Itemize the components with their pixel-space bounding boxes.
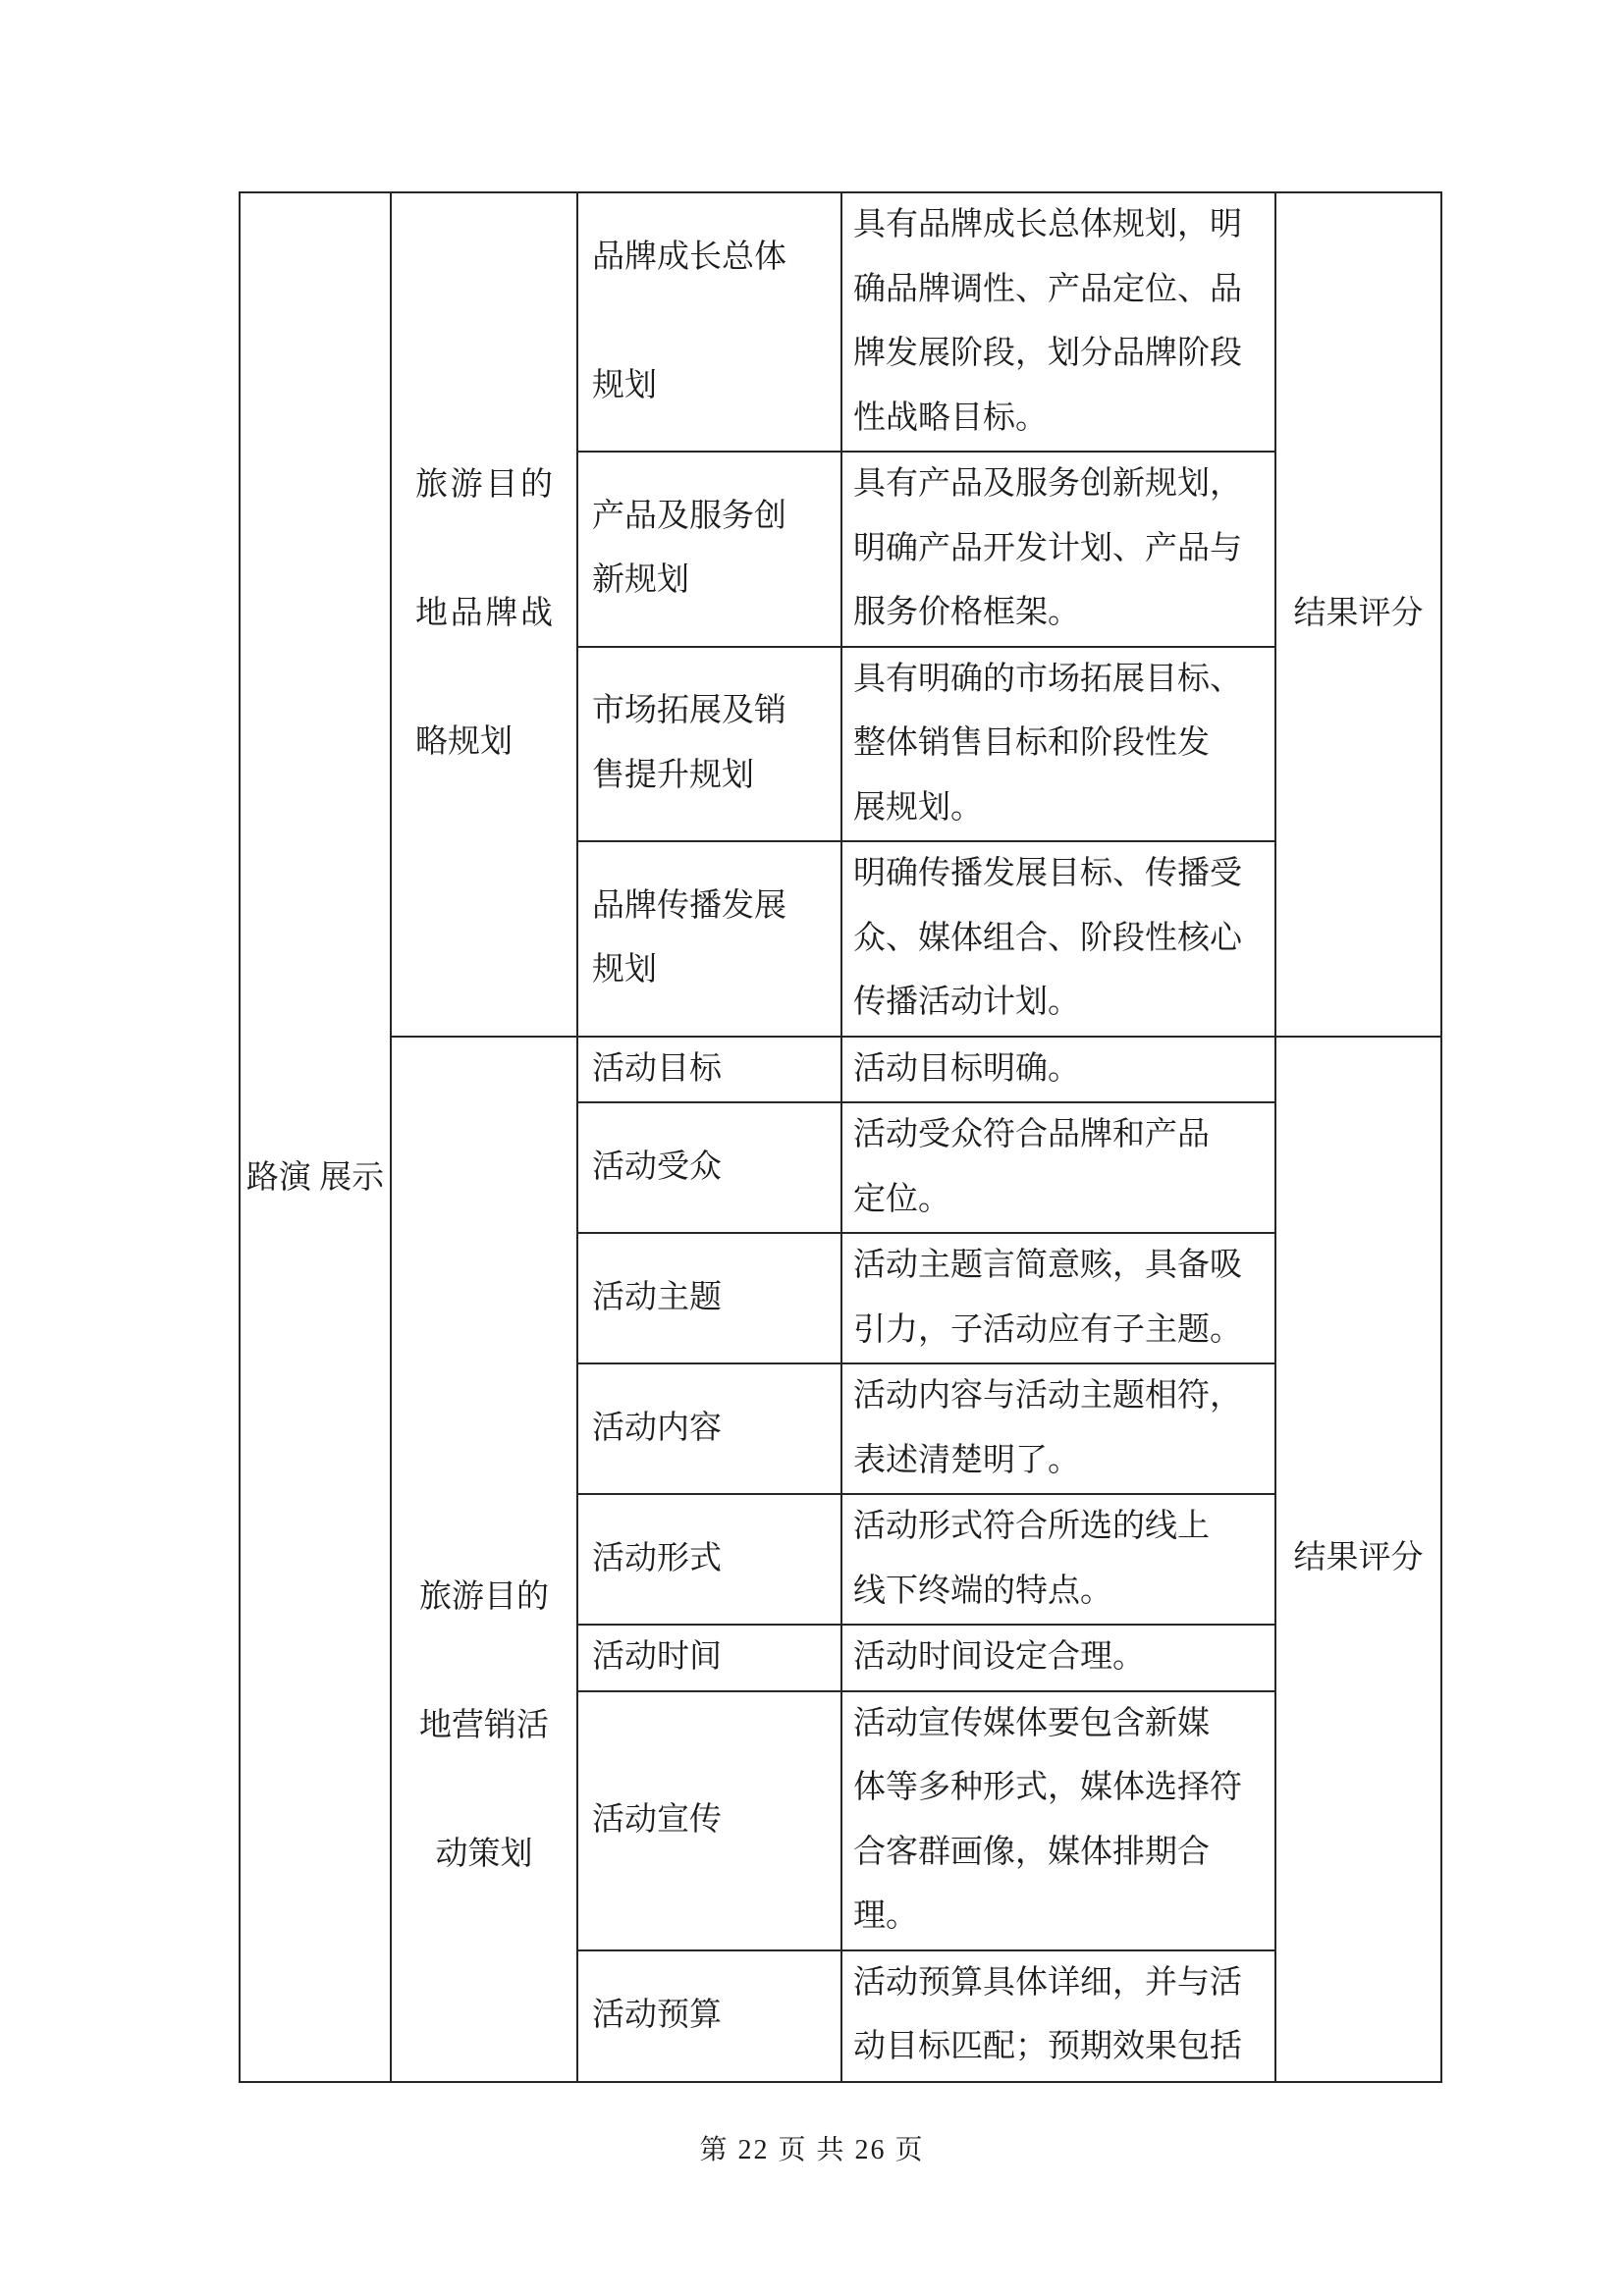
dimension-cell: 路演 展示 [240,192,391,2082]
group-cell-brand-strategy: 旅游目的 地品牌战 略规划 [391,192,577,1037]
criteria-cell: 具有品牌成长总体规划，明 确品牌调性、产品定位、品 牌发展阶段，划分品牌阶段 性… [841,192,1275,452]
criteria-cell: 活动宣传媒体要包含新媒 体等多种形式，媒体选择符 合客群画像，媒体排期合 理。 [841,1691,1275,1950]
criteria-cell: 活动时间设定合理。 [841,1625,1275,1691]
indicator-cell: 活动内容 [577,1363,841,1494]
indicator-cell: 活动主题 [577,1233,841,1363]
group-label-line: 略规划 [415,678,553,807]
indicator-cell: 市场拓展及销 售提升规划 [577,647,841,842]
evaluation-table: 路演 展示 旅游目的 地品牌战 略规划 品牌成长总体 规划 具有品牌成长总体规划… [239,191,1442,2083]
score-cell: 结果评分 [1275,1037,1441,2082]
document-page: 路演 展示 旅游目的 地品牌战 略规划 品牌成长总体 规划 具有品牌成长总体规划… [0,0,1624,2296]
criteria-cell: 具有明确的市场拓展目标、 整体销售目标和阶段性发 展规划。 [841,647,1275,842]
indicator-cell: 活动受众 [577,1102,841,1233]
group-label-line: 旅游目的 [415,1533,553,1662]
indicator-cell: 活动时间 [577,1625,841,1691]
criteria-cell: 活动内容与活动主题相符， 表述清楚明了。 [841,1363,1275,1494]
criteria-cell: 活动主题言简意赅，具备吸 引力，子活动应有子主题。 [841,1233,1275,1363]
indicator-cell: 产品及服务创 新规划 [577,452,841,647]
indicator-cell: 品牌成长总体 规划 [577,192,841,452]
group-label-line: 地品牌战 [415,550,553,678]
score-cell: 结果评分 [1275,192,1441,1037]
criteria-cell: 活动受众符合品牌和产品 定位。 [841,1102,1275,1233]
criteria-cell: 活动形式符合所选的线上 线下终端的特点。 [841,1494,1275,1625]
indicator-cell: 活动形式 [577,1494,841,1625]
criteria-cell: 活动目标明确。 [841,1037,1275,1103]
group-label-line: 旅游目的 [415,421,553,550]
table-row: 路演 展示 旅游目的 地品牌战 略规划 品牌成长总体 规划 具有品牌成长总体规划… [240,192,1441,452]
criteria-cell: 活动预算具体详细，并与活 动目标匹配；预期效果包括 [841,1950,1275,2082]
indicator-cell: 活动预算 [577,1950,841,2082]
indicator-cell: 活动目标 [577,1037,841,1103]
indicator-cell: 活动宣传 [577,1691,841,1950]
group-cell-marketing-campaign: 旅游目的 地营销活 动策划 [391,1037,577,2082]
dimension-label: 路演 展示 [241,1114,390,1243]
group-label-line: 动策划 [415,1790,553,1919]
criteria-cell: 具有产品及服务创新规划， 明确产品开发计划、产品与 服务价格框架。 [841,452,1275,647]
group-label-line: 地营销活 [415,1662,553,1790]
indicator-cell: 品牌传播发展 规划 [577,841,841,1037]
page-footer: 第 22 页 共 26 页 [0,2128,1624,2167]
criteria-cell: 明确传播发展目标、传播受 众、媒体组合、阶段性核心 传播活动计划。 [841,841,1275,1037]
table-row: 旅游目的 地营销活 动策划 活动目标 活动目标明确。 结果评分 [240,1037,1441,1103]
